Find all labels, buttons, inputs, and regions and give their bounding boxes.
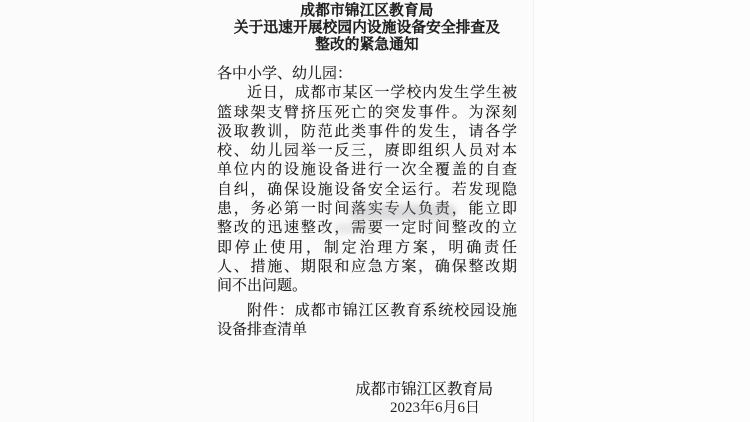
notice-content: 成都市锦江区教育局 关于迅速开展校园内设施设备安全排查及 整改的紧急通知 各中小… — [217, 0, 517, 418]
page-edge-seam — [533, 0, 750, 422]
body-line: 校、幼儿园举一反三，赓即组织人员对本 — [217, 141, 517, 160]
signature-date: 2023年6月6日 — [217, 399, 517, 418]
notice-title: 成都市锦江区教育局 关于迅速开展校园内设施设备安全排查及 整改的紧急通知 — [217, 0, 517, 54]
body-line: 即停止使用，制定治理方案，明确责任 — [217, 238, 517, 257]
signature-block: 成都市锦江区教育局 2023年6月6日 — [217, 381, 517, 418]
signature-org: 成都市锦江区教育局 — [217, 381, 517, 400]
body-line: 汲取教训，防范此类事件的发生，请各学 — [217, 122, 517, 141]
body-line: 近日，成都市某区一学校内发生学生被 — [217, 83, 517, 102]
body-line: 自纠，确保设施设备安全运行。若发现隐 — [217, 180, 517, 199]
body-line: 患，务必第一时间落实专人负责，能立即 — [217, 199, 517, 218]
attachment-line-2: 设备排查清单 — [217, 320, 517, 340]
body-line: 篮球架支臂挤压死亡的突发事件。为深刻 — [217, 103, 517, 122]
notice-title-subject-1: 关于迅速开展校园内设施设备安全排查及 — [217, 20, 517, 37]
salutation: 各中小学、幼儿园： — [217, 64, 517, 83]
body-line: 单位内的设施设备进行一次全覆盖的自查 — [217, 160, 517, 179]
notice-title-org: 成都市锦江区教育局 — [217, 3, 517, 20]
body-line: 间不出问题。 — [217, 276, 517, 295]
body-line: 人、措施、期限和应急方案，确保整改期 — [217, 257, 517, 276]
document-page: 成都市锦江区教育局 关于迅速开展校园内设施设备安全排查及 整改的紧急通知 各中小… — [0, 0, 750, 422]
attachment-line-1: 附件：成都市锦江区教育系统校园设施 — [217, 301, 517, 321]
attachment-section: 附件：成都市锦江区教育系统校园设施 设备排查清单 — [217, 301, 517, 340]
notice-body: 各中小学、幼儿园： 近日，成都市某区一学校内发生学生被 篮球架支臂挤压死亡的突发… — [217, 64, 517, 296]
body-line: 整改的迅速整改，需要一定时间整改的立 — [217, 218, 517, 237]
notice-title-subject-2: 整改的紧急通知 — [217, 37, 517, 54]
